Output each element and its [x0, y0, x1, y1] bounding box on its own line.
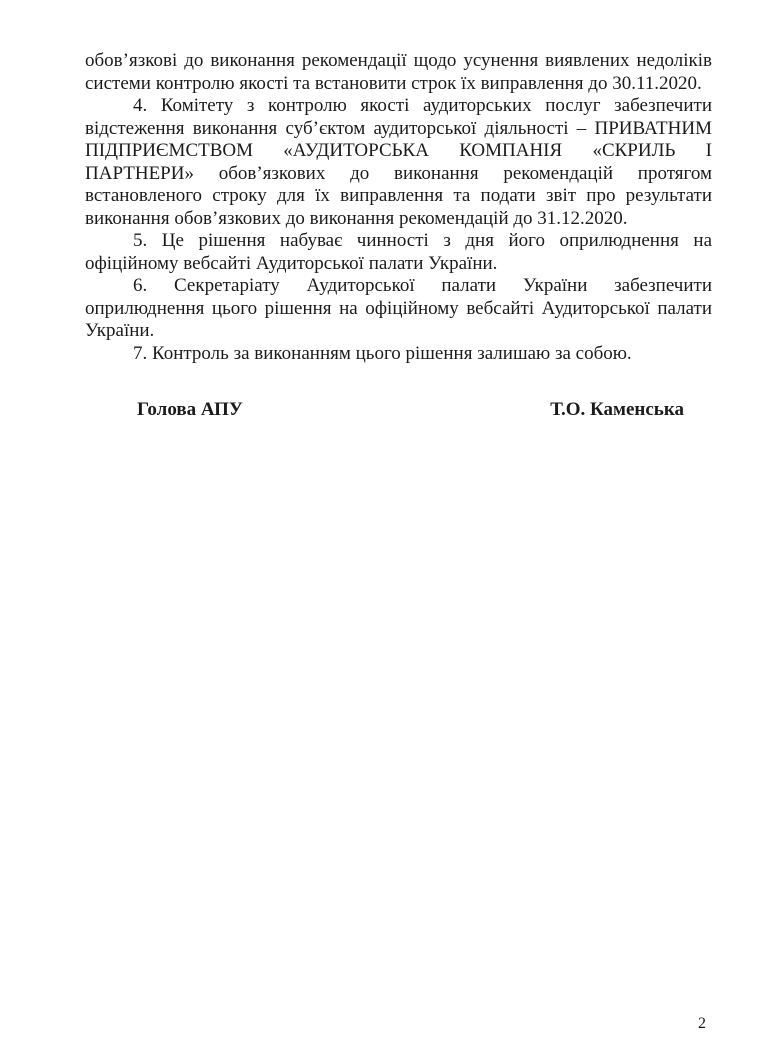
- body-paragraph: 5. Це рішення набуває чинності з дня йог…: [85, 230, 712, 275]
- signature-name: Т.О. Каменська: [550, 399, 684, 422]
- body-paragraph: 6. Секретаріату Аудиторської палати Укра…: [85, 275, 712, 343]
- body-paragraph: обов’язкові до виконання рекомендації що…: [85, 50, 712, 95]
- body-paragraph: 4. Комітету з контролю якості аудиторськ…: [85, 95, 712, 230]
- signature-block: Голова АПУ Т.О. Каменська: [85, 399, 712, 422]
- page-number: 2: [698, 1014, 706, 1033]
- signature-role: Голова АПУ: [137, 399, 243, 422]
- body-paragraph: 7. Контроль за виконанням цього рішення …: [85, 343, 712, 366]
- document-page: обов’язкові до виконання рекомендації що…: [0, 0, 764, 1061]
- document-body: обов’язкові до виконання рекомендації що…: [85, 50, 712, 365]
